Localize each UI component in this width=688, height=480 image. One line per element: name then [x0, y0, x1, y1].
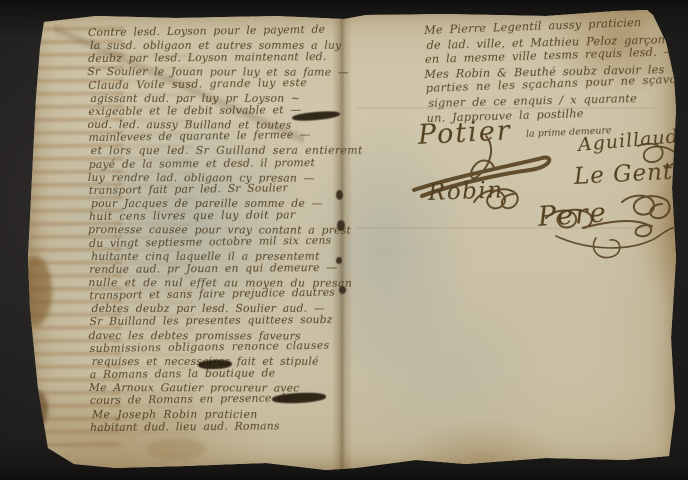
robin-knot-flourish: [474, 189, 518, 208]
ink-spot: [339, 286, 346, 294]
aguillaud-tail-flourish: [638, 144, 676, 167]
signature-flourishes: [396, 118, 688, 278]
ink-spot: [336, 190, 343, 200]
manuscript-line: mainlevees de quarante le fermee —: [88, 128, 350, 145]
potier-paraph-stroke: [414, 158, 549, 196]
pere-knot-flourish: [546, 210, 652, 236]
paper-stain: [24, 390, 48, 428]
ink-spot: [336, 257, 342, 264]
left-page-text: Contre lesd. Loyson pour le payemt de la…: [88, 25, 352, 434]
paper-stain: [18, 256, 52, 326]
right-page-text: Me Pierre Legentil aussy praticien de la…: [424, 17, 675, 126]
manuscript-line: submissions obligaons renonce clauses: [90, 338, 352, 355]
manuscript-line: transport fait par led. Sr Soulier: [89, 180, 351, 197]
manuscript-line: habitant dud. lieu aud. Romans: [90, 418, 352, 433]
scanned-manuscript: Contre lesd. Loyson pour le payemt de la…: [0, 0, 688, 480]
legentil-knot-flourish: [622, 196, 670, 219]
manuscript-line: rendue aud. pr Jouan en qui demeure —: [89, 261, 351, 276]
manuscript-line: Clauda Voile susd. grande luy este: [88, 75, 350, 92]
manuscript-line: huit cens livres que luy doit par: [89, 208, 351, 223]
pere-tail-flourish: [556, 227, 686, 258]
manuscript-line: Contre lesd. Loyson pour le payemt de: [88, 22, 350, 39]
paper-stain: [146, 438, 206, 460]
manuscript-line: transport et sans faire prejudice dautre…: [89, 285, 351, 302]
manuscript-line: payé de la somme et desd. il promet: [89, 155, 351, 170]
manuscript-sheet: Contre lesd. Loyson pour le payemt de la…: [26, 8, 678, 472]
manuscript-line: deubz par lesd. Loyson maintenant led.: [88, 50, 350, 65]
manuscript-line: Sr Builland les presentes quittees soubz: [89, 313, 351, 328]
ink-spot: [337, 220, 345, 231]
